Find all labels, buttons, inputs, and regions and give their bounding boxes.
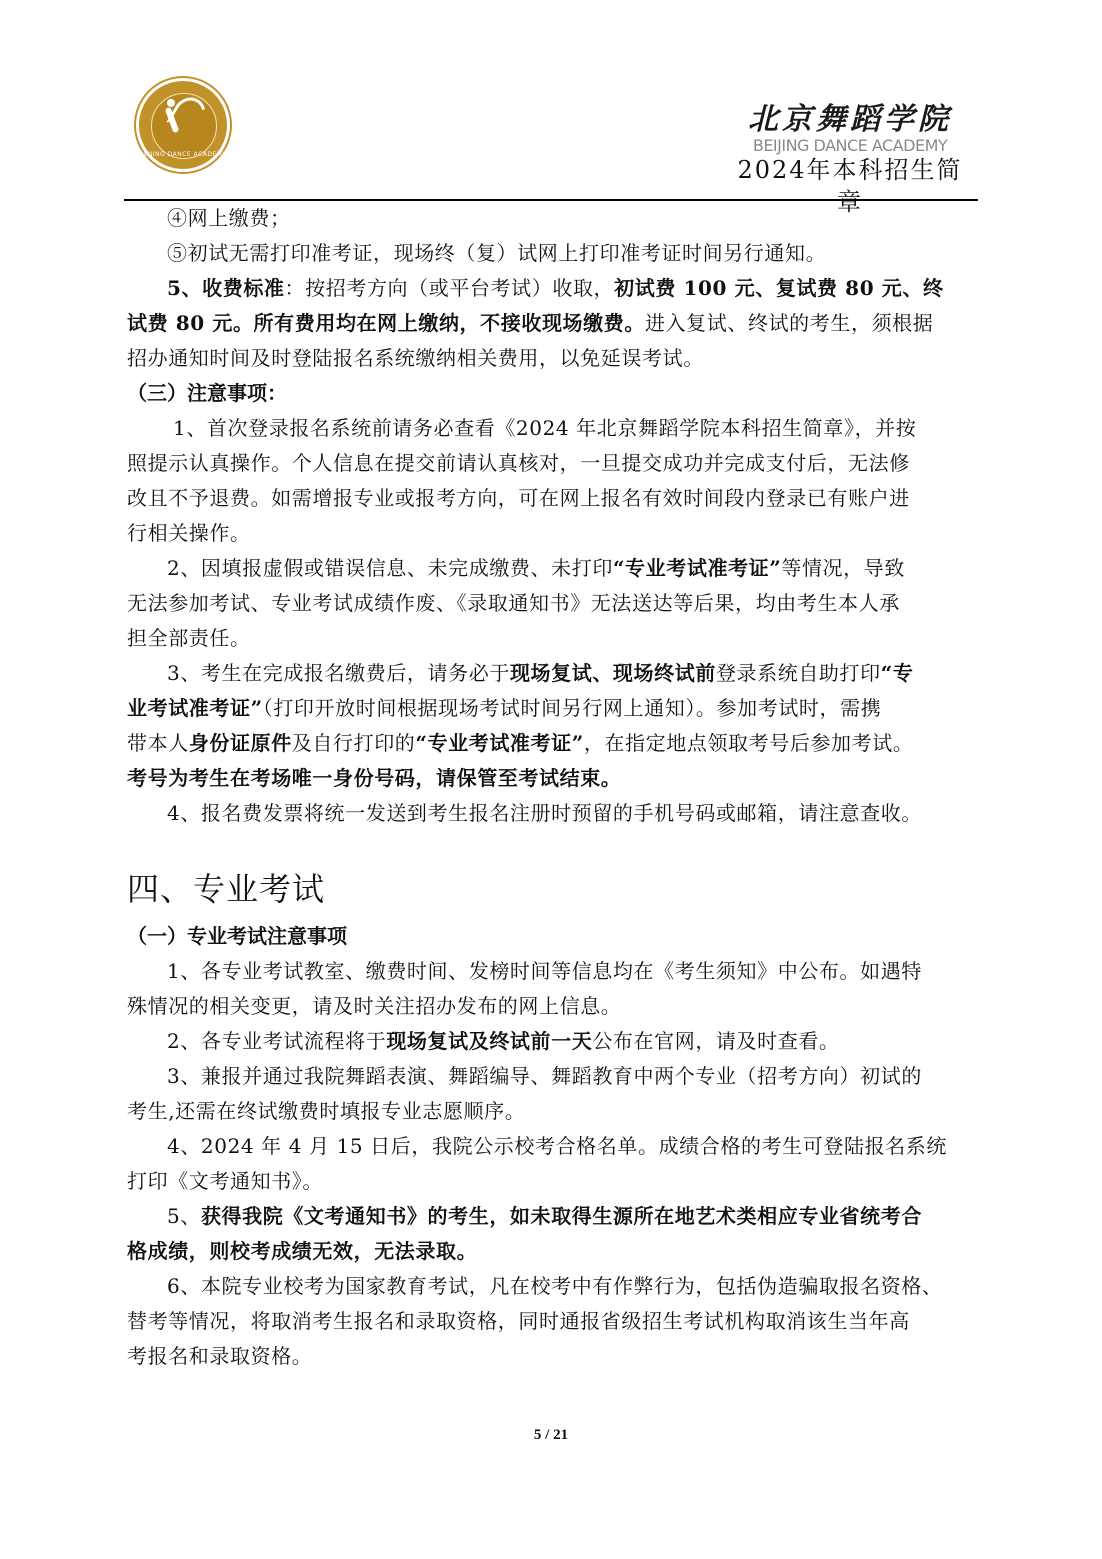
fee-paragraph-line3: 招办通知时间及时登陆报名系统缴纳相关费用，以免延误考试。 — [127, 341, 977, 376]
s4-item-3-line2: 考生,还需在终试缴费时填报专业志愿顺序。 — [127, 1094, 977, 1129]
s4-item-4-line1: 4、2024 年 4 月 15 日后，我院公示校考合格名单。成绩合格的考生可登陆… — [127, 1129, 977, 1164]
section-4-subheading: （一）专业考试注意事项 — [127, 919, 977, 954]
emphasis: 业考试准考证” — [127, 696, 263, 720]
s4-item-3-line1: 3、兼报并通过我院舞蹈表演、舞蹈编导、舞蹈教育中两个专业（招考方向）初试的 — [127, 1059, 977, 1094]
text: 登录系统自助打印 — [716, 661, 881, 685]
note-3-line1: 3、考生在完成报名缴费后，请务必于现场复试、现场终试前登录系统自助打印“专 — [127, 656, 977, 691]
s4-item-6-line2: 替考等情况，将取消考生报名和录取资格，同时通报省级招生考试机构取消该生当年高 — [127, 1304, 977, 1339]
academy-logo-icon: BEIJING DANCE ACADEMY — [136, 78, 230, 172]
note-1-line2: 照提示认真操作。个人信息在提交前请认真核对，一旦提交成功并完成支付后，无法修 — [127, 446, 977, 481]
s4-item-5-line2: 格成绩，则校考成绩无效，无法录取。 — [127, 1234, 977, 1269]
s4-item-4-line2: 打印《文考通知书》。 — [127, 1164, 977, 1199]
note-1-line4: 行相关操作。 — [127, 516, 977, 551]
section-4-title: 四、专业考试 — [127, 859, 977, 919]
note-2-line2: 无法参加考试、专业考试成绩作废、《录取通知书》无法送达等后果，均由考生本人承 — [127, 586, 977, 621]
colon: ： — [285, 276, 306, 300]
fee-paragraph: 5、收费标准：按招考方向（或平台考试）收取，初试费 100 元、复试费 80 元… — [127, 271, 977, 306]
s4-item-1-line1: 1、各专业考试教室、缴费时间、发榜时间等信息均在《考生须知》中公布。如遇特 — [127, 954, 977, 989]
emphasis: “专 — [881, 661, 914, 685]
logo-ring-text: BEIJING DANCE ACADEMY — [139, 151, 227, 158]
emphasis: 身份证原件 — [189, 731, 292, 755]
brand-chinese-name: 北京舞蹈学院 — [730, 102, 970, 138]
note-3-line2: 业考试准考证”（打印开放时间根据现场考试时间另行网上通知）。参加考试时，需携 — [127, 691, 977, 726]
fee-online-only: 试费 80 元。所有费用均在网上缴纳，不接收现场缴费。 — [127, 311, 645, 335]
document-body: ④网上缴费； ⑤初试无需打印准考证，现场终（复）试网上打印准考证时间另行通知。 … — [127, 201, 977, 1374]
s4-item-6-line3: 考报名和录取资格。 — [127, 1339, 977, 1374]
emphasis: “专业考试准考证” — [415, 731, 583, 755]
emphasis: 现场复试、现场终试前 — [510, 661, 716, 685]
list-item-online-payment: ④网上缴费； — [127, 201, 977, 236]
page-header: BEIJING DANCE ACADEMY 北京舞蹈学院 BEIJING DAN… — [124, 72, 978, 200]
fee-text-2: 进入复试、终试的考生，须根据 — [645, 311, 933, 335]
note-2-line3: 担全部责任。 — [127, 621, 977, 656]
s4-item-1-line2: 殊情况的相关变更，请及时关注招办发布的网上信息。 — [127, 989, 977, 1024]
text: ，在指定地点领取考号后参加考试。 — [584, 731, 914, 755]
text: 等情况，导致 — [781, 556, 905, 580]
text: 3、考生在完成报名缴费后，请务必于 — [167, 661, 510, 685]
emphasis: 现场复试及终试前一天 — [386, 1029, 592, 1053]
fee-amounts: 初试费 100 元、复试费 80 元、终 — [614, 276, 943, 300]
text: 及自行打印的 — [292, 731, 416, 755]
fee-label: 5、收费标准 — [167, 276, 285, 300]
text: 公布在官网，请及时查看。 — [592, 1029, 839, 1053]
document-page: BEIJING DANCE ACADEMY 北京舞蹈学院 BEIJING DAN… — [0, 0, 1102, 1559]
note-2-line1: 2、因填报虚假或错误信息、未完成缴费、未打印“专业考试准考证”等情况，导致 — [127, 551, 977, 586]
note-1-line3: 改且不予退费。如需增报专业或报考方向，可在网上报名有效时间段内登录已有账户进 — [127, 481, 977, 516]
emphasis: 获得我院《文考通知书》的考生，如未取得生源所在地艺术类相应专业省统考合 — [201, 1204, 922, 1228]
note-3-line4: 考号为考生在考场唯一身份号码，请保管至考试结束。 — [127, 761, 977, 796]
fee-text: 按招考方向（或平台考试）收取， — [305, 276, 614, 300]
s4-item-2: 2、各专业考试流程将于现场复试及终试前一天公布在官网，请及时查看。 — [127, 1024, 977, 1059]
text: 带本人 — [127, 731, 189, 755]
note-1-line1: 1、首次登录报名系统前请务必查看《2024 年北京舞蹈学院本科招生简章》，并按 — [127, 411, 977, 446]
s4-item-6-line1: 6、本院专业校考为国家教育考试，凡在校考中有作弊行为，包括伪造骗取报名资格、 — [127, 1269, 977, 1304]
fee-paragraph-line2: 试费 80 元。所有费用均在网上缴纳，不接收现场缴费。进入复试、终试的考生，须根… — [127, 306, 977, 341]
text: 2、因填报虚假或错误信息、未完成缴费、未打印 — [167, 556, 613, 580]
text: 5、 — [167, 1204, 201, 1228]
note-3-line3: 带本人身份证原件及自行打印的“专业考试准考证”，在指定地点领取考号后参加考试。 — [127, 726, 977, 761]
page-number: 5 / 21 — [0, 1427, 1102, 1444]
text: 2、各专业考试流程将于 — [167, 1029, 386, 1053]
list-item-admission-ticket: ⑤初试无需打印准考证，现场终（复）试网上打印准考证时间另行通知。 — [127, 236, 977, 271]
brand-english-name: BEIJING DANCE ACADEMY — [730, 138, 970, 154]
note-4: 4、报名费发票将统一发送到考生报名注册时预留的手机号码或邮箱，请注意查收。 — [127, 796, 977, 831]
s4-item-5-line1: 5、获得我院《文考通知书》的考生，如未取得生源所在地艺术类相应专业省统考合 — [127, 1199, 977, 1234]
notes-heading: （三）注意事项： — [127, 376, 977, 411]
emphasis: “专业考试准考证” — [613, 556, 781, 580]
text: （打印开放时间根据现场考试时间另行网上通知）。参加考试时，需携 — [263, 696, 882, 720]
